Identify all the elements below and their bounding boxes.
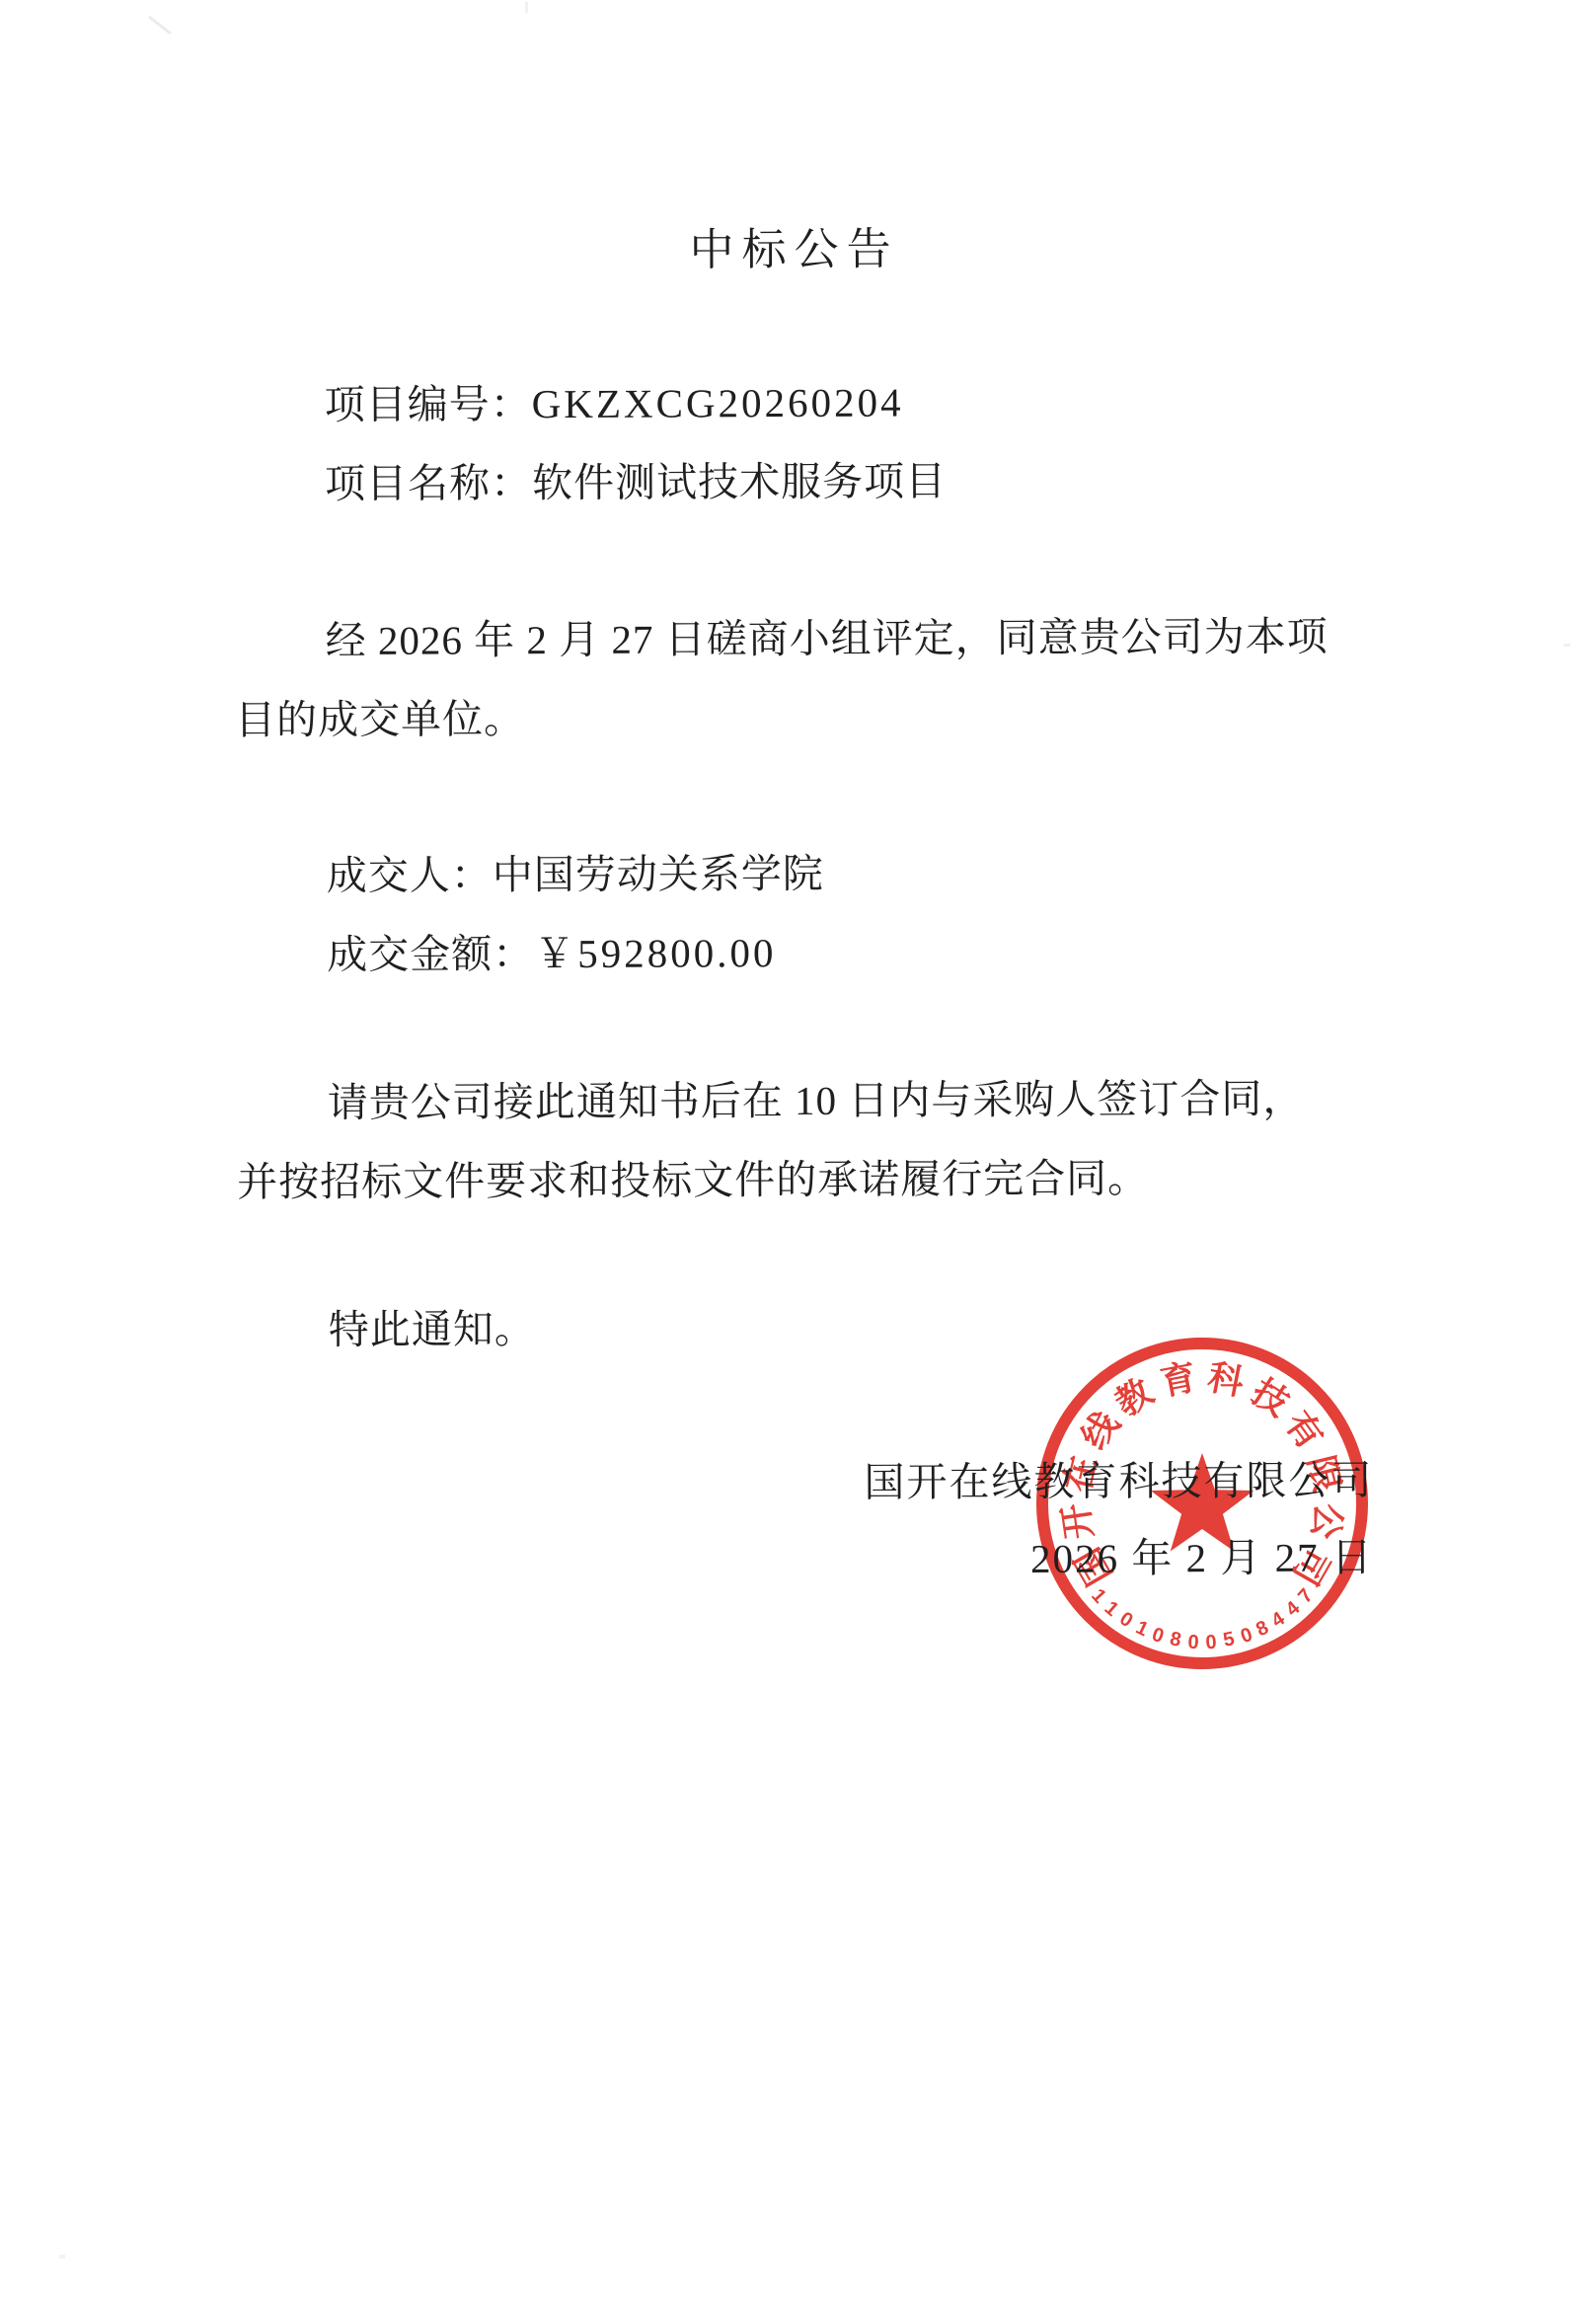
project-number-label: 项目编号：	[325, 381, 532, 427]
amount-value: ￥592800.00	[534, 930, 776, 976]
document-text-layer: 中标公告 项目编号：GKZXCG20260204 项目名称：软件测试技术服务项目…	[0, 0, 1596, 2300]
document-title: 中标公告	[0, 209, 1592, 280]
winner-line: 成交人：中国劳动关系学院	[236, 849, 824, 901]
project-name-value: 软件测试技术服务项目	[532, 458, 947, 505]
body-paragraph2-line2: 并按招标文件要求和投标文件的承诺履行完合同。	[237, 1153, 1149, 1206]
closing-line: 特此通知。	[238, 1304, 536, 1354]
winner-label: 成交人：	[327, 852, 493, 898]
signature-date: 2026 年 2 月 27 日	[1030, 1532, 1374, 1583]
body-paragraph1-line1: 经 2026 年 2 月 27 日磋商小组评定，同意贵公司为本项	[235, 612, 1329, 666]
signature-company: 国开在线教育科技有限公司	[864, 1455, 1373, 1506]
winner-value: 中国劳动关系学院	[493, 851, 824, 897]
body-paragraph1-line2: 目的成交单位。	[235, 694, 525, 744]
amount-label: 成交金额：	[327, 931, 534, 977]
scanned-document-page: 国开在线教育科技有限公司 11010800508447 中标公告 项目编号：GK…	[0, 0, 1596, 2300]
project-number-line: 项目编号：GKZXCG20260204	[234, 378, 904, 430]
body-paragraph2-line1: 请贵公司接此通知书后在 10 日内与采购人签订合同，	[237, 1074, 1305, 1128]
project-name-label: 项目名称：	[325, 460, 532, 506]
project-number-value: GKZXCG20260204	[532, 380, 904, 427]
amount-line: 成交金额：￥592800.00	[236, 928, 776, 979]
project-name-line: 项目名称：软件测试技术服务项目	[234, 456, 947, 508]
